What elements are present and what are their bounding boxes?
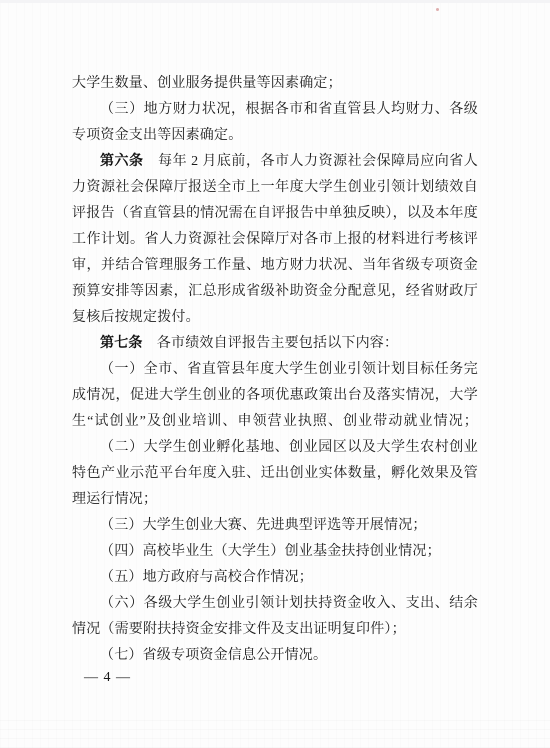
text-line: 生“试创业”及创业培训、申领营业执照、创业带动就业情况； (72, 409, 478, 435)
text-line: 情况（需要附扶持资金安排文件及支出证明复印件）； (72, 617, 478, 643)
text-line: 审，并结合管理服务工作量、地方财力状况、当年省级专项资金 (72, 253, 478, 279)
article-line: 第七条 各市绩效自评报告主要包括以下内容： (72, 331, 478, 357)
text-line: 力资源社会保障厅报送全市上一年度大学生创业引领计划绩效自 (72, 175, 478, 201)
scan-bottom-bands (0, 720, 550, 748)
text-line: （二）大学生创业孵化基地、创业园区以及大学生农村创业 (72, 435, 478, 461)
text-line: （五）地方政府与高校合作情况； (72, 565, 478, 591)
text-line: 理运行情况； (72, 487, 478, 513)
text-line: （四）高校毕业生（大学生）创业基金扶持创业情况； (72, 539, 478, 565)
text-line: 复核后按规定拨付。 (72, 305, 478, 331)
text-line: 特色产业示范平台年度入驻、迁出创业实体数量，孵化效果及管 (72, 461, 478, 487)
text-line: （三）地方财力状况，根据各市和省直管县人均财力、各级 (72, 97, 478, 123)
text-line: （一）全市、省直管县年度大学生创业引领计划目标任务完 (72, 357, 478, 383)
text-line: （七）省级专项资金信息公开情况。 (72, 643, 478, 669)
document-body: 大学生数量、创业服务提供量等因素确定；（三）地方财力状况，根据各市和省直管县人均… (72, 71, 478, 669)
text-line: 评报告（省直管县的情况需在自评报告中单独反映），以及本年度 (72, 201, 478, 227)
text-line: （六）各级大学生创业引领计划扶持资金收入、支出、结余 (72, 591, 478, 617)
article-number: 第六条 (100, 154, 144, 169)
scan-top-edge (0, 0, 550, 3)
article-number: 第七条 (100, 336, 143, 351)
article-line: 第六条 每年 2 月底前，各市人力资源社会保障局应向省人 (72, 149, 478, 175)
page-number: — 4 — (84, 665, 131, 691)
text-line: 预算安排等因素，汇总形成省级补助资金分配意见，经省财政厅 (72, 279, 478, 305)
text-line: （三）大学生创业大赛、先进典型评选等开展情况； (72, 513, 478, 539)
red-speck-mark (436, 8, 439, 11)
text-line: 工作计划。省人力资源社会保障厅对各市上报的材料进行考核评 (72, 227, 478, 253)
text-line: 成情况，促进大学生创业的各项优惠政策出台及落实情况，大学 (72, 383, 478, 409)
text-line: 专项资金支出等因素确定。 (72, 123, 478, 149)
document-page: 大学生数量、创业服务提供量等因素确定；（三）地方财力状况，根据各市和省直管县人均… (0, 0, 550, 748)
text-line: 大学生数量、创业服务提供量等因素确定； (72, 71, 478, 97)
